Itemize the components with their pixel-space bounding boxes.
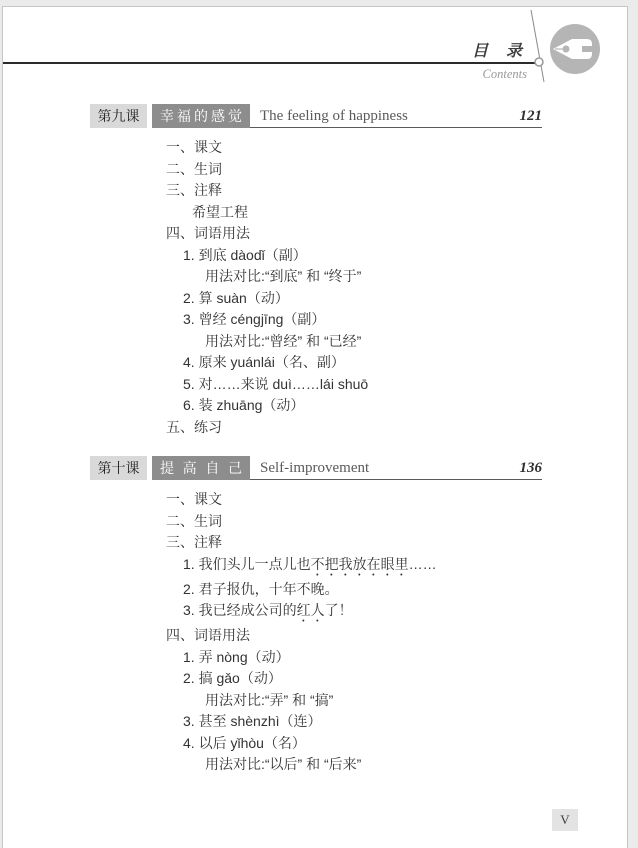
toc-item-text: 了！ bbox=[325, 602, 353, 618]
toc-item-text: 4. 以后 yǐhòu（名） bbox=[183, 735, 306, 751]
toc-item: 3. 甚至 shènzhì（连） bbox=[3, 711, 627, 733]
toc-item-text: 3. 曾经 céngjīng（副） bbox=[183, 311, 325, 327]
toc-item-text: 一、课文 bbox=[166, 491, 222, 507]
toc-item: 二、生词 bbox=[3, 159, 627, 181]
toc-item: 4. 以后 yǐhòu（名） bbox=[3, 733, 627, 755]
lesson-page-number: 121 bbox=[520, 105, 543, 127]
lesson-section: 第九课 幸福的感觉 The feeling of happiness 121 一… bbox=[3, 104, 627, 438]
toc-item: 5. 对……来说 duì……lái shuō bbox=[3, 374, 627, 396]
toc-item-text: 3. 我已经成公司的 bbox=[183, 602, 297, 618]
toc-item-text: 4. 原来 yuánlái（名、副） bbox=[183, 354, 345, 370]
toc-item-text: 1. 到底 dàodǐ（副） bbox=[183, 247, 307, 263]
lesson-header: 第十课 提高自己 Self-improvement 136 bbox=[90, 456, 542, 480]
toc-item: 用法对比:“弄” 和 “搞” bbox=[3, 690, 627, 712]
toc-item: 4. 原来 yuánlái（名、副） bbox=[3, 352, 627, 374]
toc-item-text: 五、练习 bbox=[166, 419, 222, 435]
lesson-header: 第九课 幸福的感觉 The feeling of happiness 121 bbox=[90, 104, 542, 128]
lesson-title-english: The feeling of happiness bbox=[260, 105, 408, 127]
toc-item: 3. 我已经成公司的红人了！ bbox=[3, 600, 627, 625]
toc-item-text: 5. 对……来说 duì……lái shuō bbox=[183, 376, 368, 392]
toc-item: 1. 我们头儿一点儿也不把我放在眼里…… bbox=[3, 554, 627, 579]
lesson-items: 一、课文二、生词三、注释1. 我们头儿一点儿也不把我放在眼里……2. 君子报仇，… bbox=[3, 489, 627, 776]
toc-item-text: …… bbox=[409, 556, 437, 572]
toc-item-text: 用法对比:“曾经” 和 “已经” bbox=[205, 333, 361, 349]
emphasized-text: 红人 bbox=[297, 602, 325, 618]
lesson-number-badge: 第九课 bbox=[90, 104, 147, 128]
toc-item: 四、词语用法 bbox=[3, 625, 627, 647]
toc-item-text: 二、生词 bbox=[166, 161, 222, 177]
toc-item-text: 希望工程 bbox=[192, 204, 248, 220]
toc-item-text: 三、注释 bbox=[166, 182, 222, 198]
toc-item-text: 1. 我们头儿一点儿也 bbox=[183, 556, 311, 572]
toc-item-text: 3. 甚至 shènzhì（连） bbox=[183, 713, 322, 729]
lesson-title-english: Self-improvement bbox=[260, 457, 369, 479]
toc-item: 三、注释 bbox=[3, 180, 627, 202]
toc-item: 6. 装 zhuāng（动） bbox=[3, 395, 627, 417]
lesson-header-rule: Self-improvement 136 bbox=[250, 456, 542, 480]
toc-item: 五、练习 bbox=[3, 417, 627, 439]
toc-item-text: 四、词语用法 bbox=[166, 627, 250, 643]
toc-item-text: 1. 弄 nòng（动） bbox=[183, 649, 290, 665]
toc-item: 用法对比:“到底” 和 “终于” bbox=[3, 266, 627, 288]
emphasized-text: 不把我放在眼里 bbox=[311, 556, 409, 572]
toc-item: 三、注释 bbox=[3, 532, 627, 554]
toc-item-text: 三、注释 bbox=[166, 534, 222, 550]
toc-item: 四、词语用法 bbox=[3, 223, 627, 245]
toc-item: 一、课文 bbox=[3, 489, 627, 511]
toc-item: 3. 曾经 céngjīng（副） bbox=[3, 309, 627, 331]
toc-item-text: 二、生词 bbox=[166, 513, 222, 529]
toc-item-text: 6. 装 zhuāng（动） bbox=[183, 397, 304, 413]
toc-item-text: 2. 算 suàn（动） bbox=[183, 290, 289, 306]
toc-item: 二、生词 bbox=[3, 511, 627, 533]
toc-item-text: 用法对比:“弄” 和 “搞” bbox=[205, 692, 333, 708]
toc-item: 2. 算 suàn（动） bbox=[3, 288, 627, 310]
toc-item: 2. 搞 gǎo（动） bbox=[3, 668, 627, 690]
toc-item: 1. 到底 dàodǐ（副） bbox=[3, 245, 627, 267]
lesson-number-badge: 第十课 bbox=[90, 456, 147, 480]
toc-item-text: 用法对比:“到底” 和 “终于” bbox=[205, 268, 361, 284]
toc-item-text: 四、词语用法 bbox=[166, 225, 250, 241]
toc-item: 1. 弄 nòng（动） bbox=[3, 647, 627, 669]
lesson-section: 第十课 提高自己 Self-improvement 136 一、课文二、生词三、… bbox=[3, 456, 627, 776]
toc-item-text: 2. 君子报仇，十年不晚。 bbox=[183, 581, 339, 597]
toc-item: 希望工程 bbox=[3, 202, 627, 224]
table-of-contents: 第九课 幸福的感觉 The feeling of happiness 121 一… bbox=[3, 7, 627, 776]
lesson-header-rule: The feeling of happiness 121 bbox=[250, 104, 542, 128]
toc-item: 2. 君子报仇，十年不晚。 bbox=[3, 579, 627, 601]
toc-item-text: 用法对比:“以后” 和 “后来” bbox=[205, 756, 361, 772]
toc-item: 一、课文 bbox=[3, 137, 627, 159]
lesson-title-badge: 提高自己 bbox=[152, 456, 250, 480]
lesson-title-badge: 幸福的感觉 bbox=[152, 104, 250, 128]
toc-item-text: 2. 搞 gǎo（动） bbox=[183, 670, 282, 686]
lesson-page-number: 136 bbox=[520, 457, 543, 479]
toc-item: 用法对比:“以后” 和 “后来” bbox=[3, 754, 627, 776]
toc-item: 用法对比:“曾经” 和 “已经” bbox=[3, 331, 627, 353]
toc-item-text: 一、课文 bbox=[166, 139, 222, 155]
lesson-items: 一、课文二、生词三、注释希望工程四、词语用法1. 到底 dàodǐ（副）用法对比… bbox=[3, 137, 627, 438]
page-number-badge: V bbox=[552, 809, 578, 831]
book-page: 目 录 Contents 第九课 幸福的感觉 The feeling of ha… bbox=[2, 6, 628, 848]
